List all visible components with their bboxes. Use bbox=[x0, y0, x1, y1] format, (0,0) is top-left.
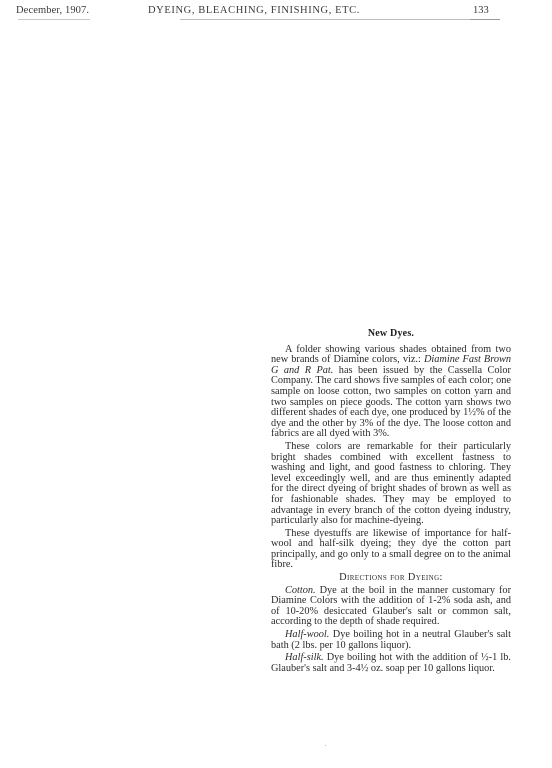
paragraph-half-wool-silk: These dyestuffs are likewise of importan… bbox=[271, 529, 511, 571]
header-rule-center bbox=[180, 19, 480, 20]
direction-cotton: Cotton. Dye at the boil in the manner cu… bbox=[271, 586, 511, 628]
scan-speck bbox=[325, 745, 326, 746]
issue-date: December, 1907. bbox=[16, 5, 89, 16]
paragraph-intro-text-b: has been issued by the Cassella Color Co… bbox=[271, 365, 511, 440]
article-title: New Dyes. bbox=[271, 329, 511, 340]
paragraph-properties: These colors are remarkable for their pa… bbox=[271, 442, 511, 527]
header-rule-right bbox=[470, 19, 500, 20]
paragraph-intro: A folder showing various shades obtained… bbox=[271, 345, 511, 440]
page-number: 133 bbox=[473, 5, 489, 16]
journal-title: DYEING, BLEACHING, FINISHING, ETC. bbox=[148, 5, 360, 16]
running-head: December, 1907. DYEING, BLEACHING, FINIS… bbox=[0, 3, 552, 19]
direction-label: Half-silk. bbox=[285, 652, 324, 663]
directions-heading: Directions for Dyeing: bbox=[271, 573, 511, 584]
direction-half-wool: Half-wool. Dye boiling hot in a neutral … bbox=[271, 630, 511, 651]
article-new-dyes: New Dyes. A folder showing various shade… bbox=[271, 329, 511, 674]
direction-label: Half-wool. bbox=[285, 629, 329, 640]
direction-label: Cotton. bbox=[285, 585, 316, 596]
header-rule-left bbox=[18, 19, 90, 20]
direction-half-silk: Half-silk. Dye boiling hot with the addi… bbox=[271, 653, 511, 674]
